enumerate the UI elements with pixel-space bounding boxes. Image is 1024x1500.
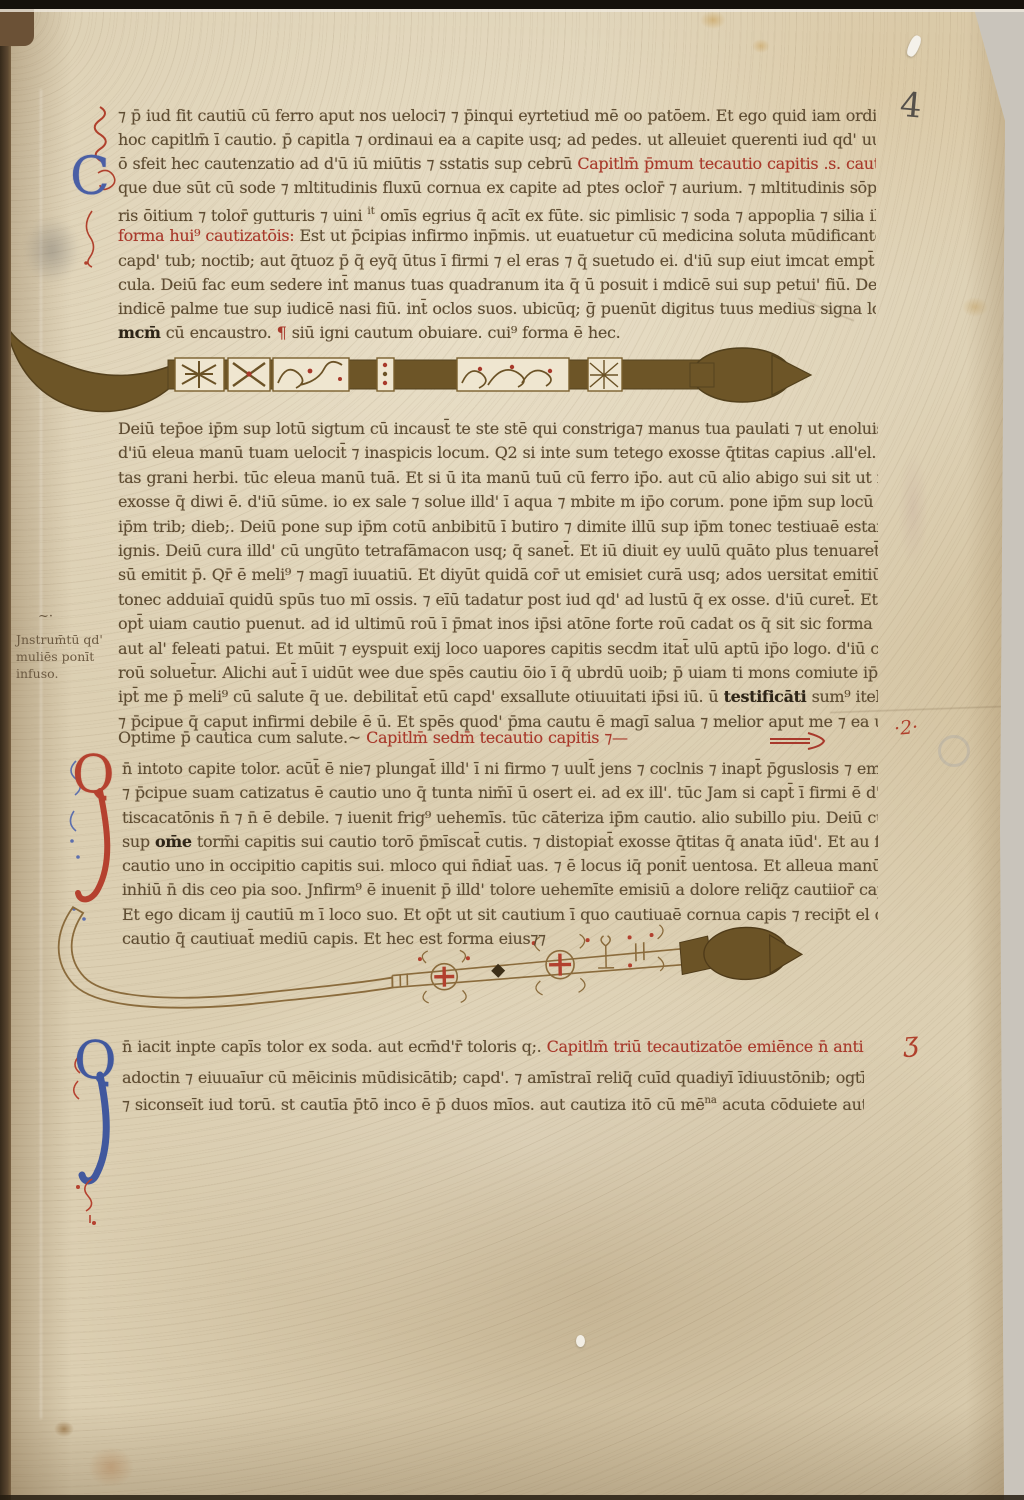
body-text: tas grani herbi. tūc eleua manū tuā. Et …	[118, 468, 878, 487]
text-line: ip̄m trib; dieb;. Deiū pone sup ip̄m cot…	[118, 515, 878, 539]
body-text: roū soluet̄ur. Alichi aut̄ ī uidūt wee d…	[118, 663, 878, 682]
rubric-text: forma hui⁹ cautizatōis:	[118, 226, 300, 245]
text-line: hoc capitlm̄ ī cautio. p̄ capitla ⁊ ordi…	[118, 128, 876, 152]
manuscript-page: 4 ·2· ʒ C ⁊ p̄ iud fit cautiū cū ferro a…	[10, 9, 1008, 1500]
body-text: inhiū n̄ dis ceo pia soo. Jnfirm⁹ ē inue…	[122, 880, 878, 899]
text-line: inhiū n̄ dis ceo pia soo. Jnfirm⁹ ē inue…	[122, 878, 878, 902]
body-text: om̄e	[155, 832, 192, 851]
text-line: forma hui⁹ cautizatōis: Est ut p̄cipias …	[118, 224, 876, 248]
body-text: torm̄i capitis sui cautio torō p̄mīscat̄…	[192, 832, 878, 851]
text-line: mcm̄ cū encaustro. ¶ siū igni cautum obu…	[118, 321, 876, 345]
text-line: ipt̄ me p̄ meli⁹ cū salute q̄ ue. debili…	[118, 685, 878, 709]
margin-note-mark: ~·	[38, 609, 53, 624]
initial-Q-chapter3-flourish	[70, 1075, 130, 1225]
quire-mark-2: ·2·	[893, 716, 919, 740]
stain	[962, 297, 988, 317]
body-text: cula. Deiū fac eum sedere int̄ manus tua…	[118, 275, 876, 294]
paragraph-2: Deiū tep̄oe ip̄m sup lotū sigtum cū inca…	[118, 417, 878, 734]
body-text: ip̄m trib; dieb;. Deiū pone sup ip̄m cot…	[118, 517, 878, 536]
initial-C: C	[70, 151, 110, 203]
quire-mark-3: ʒ	[902, 1027, 919, 1059]
body-text: sup	[122, 832, 155, 851]
rubric-text: Capitlm̄ sedm̄ tecautio capitis ⁊—	[366, 728, 628, 747]
rubric-text: Capitlm̄ p̄mum tecautio capitis .s. caut…	[577, 154, 876, 173]
body-text: cautio uno in occipitio capitis sui. mlo…	[122, 856, 878, 875]
body-text: adoctin ⁊ eiuuaīur cū mēicinis mūdisicāt…	[122, 1068, 864, 1087]
text-line: Et ego dicam ij cautiū m ī loco suo. Et …	[122, 903, 878, 927]
body-text: na	[704, 1095, 716, 1106]
body-text: Est ut p̄cipias infirmo inp̄mis. ut euat…	[300, 226, 876, 245]
text-line: d'iū eleua manū tuam uelocit̄ ⁊ inaspici…	[118, 441, 878, 465]
show-through-mark	[898, 449, 928, 569]
text-line: ignis. Deiū cura illd' cū ungūto tetrafā…	[118, 539, 878, 563]
body-text: tiscacatōnis n̄ ⁊ n̄ ē debile. ⁊ iuenit …	[122, 808, 878, 827]
text-line: Deiū tep̄oe ip̄m sup lotū sigtum cū inca…	[118, 417, 878, 441]
folio-number: 4	[898, 85, 951, 129]
text-line: ⁊ p̄cipue suam catizatus ē cautio uno q̄…	[122, 781, 878, 805]
parchment-crease	[40, 89, 42, 1419]
body-text: ignis. Deiū cura illd' cū ungūto tetrafā…	[118, 541, 878, 560]
text-line: n̄ iacit inpte capīs tolor ex soda. aut …	[122, 1033, 864, 1060]
body-text: omīs egrius q̄ acīt ex fūte. sic pimlisi…	[375, 206, 876, 224]
body-text: d'iū eleua manū tuam uelocit̄ ⁊ inaspici…	[118, 443, 878, 462]
margin-note-line: infuso.	[16, 665, 120, 682]
margin-note: Jnstrum̄tū qd' muliēs ponīt infuso.	[16, 631, 120, 682]
text-line: cautio q̄ cautiuat̄ mediū capis. Et hec …	[122, 927, 878, 951]
body-text: acuta cōduiete aut cū ferro. Cautiū	[717, 1095, 864, 1114]
body-text: exosse q̄ diwi ē. d'iū sūme. io ex sale …	[118, 492, 878, 511]
stain	[54, 1421, 74, 1437]
text-line: cautio uno in occipitio capitis sui. mlo…	[122, 854, 878, 878]
show-through-mark	[938, 735, 970, 767]
scan-edge-top	[0, 0, 1024, 9]
text-line: sup om̄e torm̄i capitis sui cautio torō …	[122, 830, 878, 854]
body-text: cautio q̄ cautiuat̄ mediū capis. Et hec …	[122, 929, 546, 948]
text-line: tiscacatōnis n̄ ⁊ n̄ ē debile. ⁊ iuenit …	[122, 806, 878, 830]
margin-note-line: muliēs ponīt	[16, 648, 120, 665]
body-text: it	[368, 206, 375, 217]
parchment-speck	[576, 1335, 585, 1347]
body-text: mcm̄	[118, 323, 161, 342]
body-text: que due sūt cū sode ⁊ mltitudinis fluxū …	[118, 178, 876, 197]
body-text: capd' tub; noctib; aut q̄tuoz p̄ q̄ eyq̄…	[118, 251, 876, 270]
text-line: ⁊ siconseīt iud torū. st cautīa p̄tō inc…	[122, 1087, 864, 1114]
body-text: sū emitit p̄. Qr̄ ē meli⁹ ⁊ magī iuuatiū…	[118, 565, 878, 584]
body-text: indicē palme tue sup iudicē nasi fiū. in…	[118, 299, 876, 318]
text-line: ⁊ p̄ iud fit cautiū cū ferro aput nos ue…	[118, 104, 876, 128]
rubric-text: Capitlm̄ triū tecautizatōe emiēnce n̄ an…	[547, 1037, 864, 1056]
body-text: Optime p̄ cautica cum salute.~	[118, 728, 366, 747]
manuscript-photo: 4 ·2· ʒ C ⁊ p̄ iud fit cautiū cū ferro a…	[0, 0, 1024, 1500]
text-line: n̄ intoto capite tolor. acūt̄ ē nie⁊ plu…	[122, 757, 878, 781]
text-line: que due sūt cū sode ⁊ mltitudinis fluxū …	[118, 176, 876, 200]
body-text: tonec adduiaī quidū spūs tuo mī ossis. ⁊…	[118, 590, 878, 609]
text-line: tonec adduiaī quidū spūs tuo mī ossis. ⁊…	[118, 588, 878, 612]
text-line: ō sfeit hec cautenzatio ad d'ū iū miūtis…	[118, 152, 876, 176]
parchment-chip	[905, 34, 923, 58]
body-text: ⁊ siconseīt iud torū. st cautīa p̄tō inc…	[122, 1095, 704, 1114]
body-text: ris ōitium ⁊ tolor̄ gutturis ⁊ uini	[118, 206, 368, 224]
text-line: aut al' feleati patui. Et mūit ⁊ eyspuit…	[118, 637, 878, 661]
body-text: Deiū tep̄oe ip̄m sup lotū sigtum cū inca…	[118, 419, 878, 438]
paragraph-1: ⁊ p̄ iud fit cautiū cū ferro aput nos ue…	[118, 104, 876, 345]
text-line: tas grani herbi. tūc eleua manū tuā. Et …	[118, 466, 878, 490]
text-line: roū soluet̄ur. Alichi aut̄ ī uidūt wee d…	[118, 661, 878, 685]
body-text: ⁊ p̄cipue suam catizatus ē cautio uno q̄…	[122, 783, 878, 802]
body-text: ō sfeit hec cautenzatio ad d'ū iū miūtis…	[118, 154, 577, 173]
scan-edge-bottom	[0, 1495, 1024, 1500]
text-line: Optime p̄ cautica cum salute.~ Capitlm̄ …	[118, 725, 863, 750]
body-text: n̄ intoto capite tolor. acūt̄ ē nie⁊ plu…	[122, 759, 878, 778]
text-line: exosse q̄ diwi ē. d'iū sūme. io ex sale …	[118, 490, 878, 514]
text-line: adoctin ⁊ eiuuaīur cū mēicinis mūdisicāt…	[122, 1060, 864, 1087]
paragraph-4: n̄ iacit inpte capīs tolor ex soda. aut …	[122, 1033, 864, 1114]
text-line: cula. Deiū fac eum sedere int̄ manus tua…	[118, 273, 876, 297]
rubric-text: ¶	[277, 323, 287, 342]
body-text: testificāti	[724, 687, 807, 706]
body-text: n̄ iacit inpte capīs tolor ex soda. aut …	[122, 1037, 547, 1056]
margin-note-line: Jnstrum̄tū qd'	[16, 631, 120, 648]
body-text: sum⁹ iteliga mlba	[806, 687, 878, 706]
text-line: sū emitit p̄. Qr̄ ē meli⁹ ⁊ magī iuuatiū…	[118, 563, 878, 587]
body-text: ipt̄ me p̄ meli⁹ cū salute q̄ ue. debili…	[118, 687, 724, 706]
page-edge-highlight	[0, 9, 1024, 12]
body-text: cū encaustro.	[161, 323, 277, 342]
body-text: Et ego dicam ij cautiū m ī loco suo. Et …	[122, 905, 878, 924]
body-text: siū igni cautum obuiare. cui⁹ forma ē he…	[287, 323, 621, 342]
stain	[700, 11, 726, 29]
initial-Q-chapter3: Q	[74, 1035, 117, 1087]
ink-smudge	[24, 217, 80, 283]
body-text: hoc capitlm̄ ī cautio. p̄ capitla ⁊ ordi…	[118, 130, 876, 149]
chapter-2-heading-line: Optime p̄ cautica cum salute.~ Capitlm̄ …	[118, 725, 863, 750]
text-line: ris ōitium ⁊ tolor̄ gutturis ⁊ uini it o…	[118, 200, 876, 224]
initial-Q-chapter2: Q	[72, 749, 115, 801]
body-text: ⁊ p̄ iud fit cautiū cū ferro aput nos ue…	[118, 106, 876, 125]
text-line: indicē palme tue sup iudicē nasi fiū. in…	[118, 297, 876, 321]
stain	[752, 39, 770, 53]
book-spine-edge	[0, 0, 11, 1500]
text-line: opt̄ uiam cautio puenut. ad id ultimū ro…	[118, 612, 878, 636]
stain	[88, 1447, 134, 1487]
body-text: opt̄ uiam cautio puenut. ad id ultimū ro…	[118, 614, 878, 633]
text-line: capd' tub; noctib; aut q̄tuoz p̄ q̄ eyq̄…	[118, 249, 876, 273]
body-text: aut al' feleati patui. Et mūit ⁊ eyspuit…	[118, 639, 878, 658]
paragraph-3: n̄ intoto capite tolor. acūt̄ ē nie⁊ plu…	[122, 757, 878, 951]
